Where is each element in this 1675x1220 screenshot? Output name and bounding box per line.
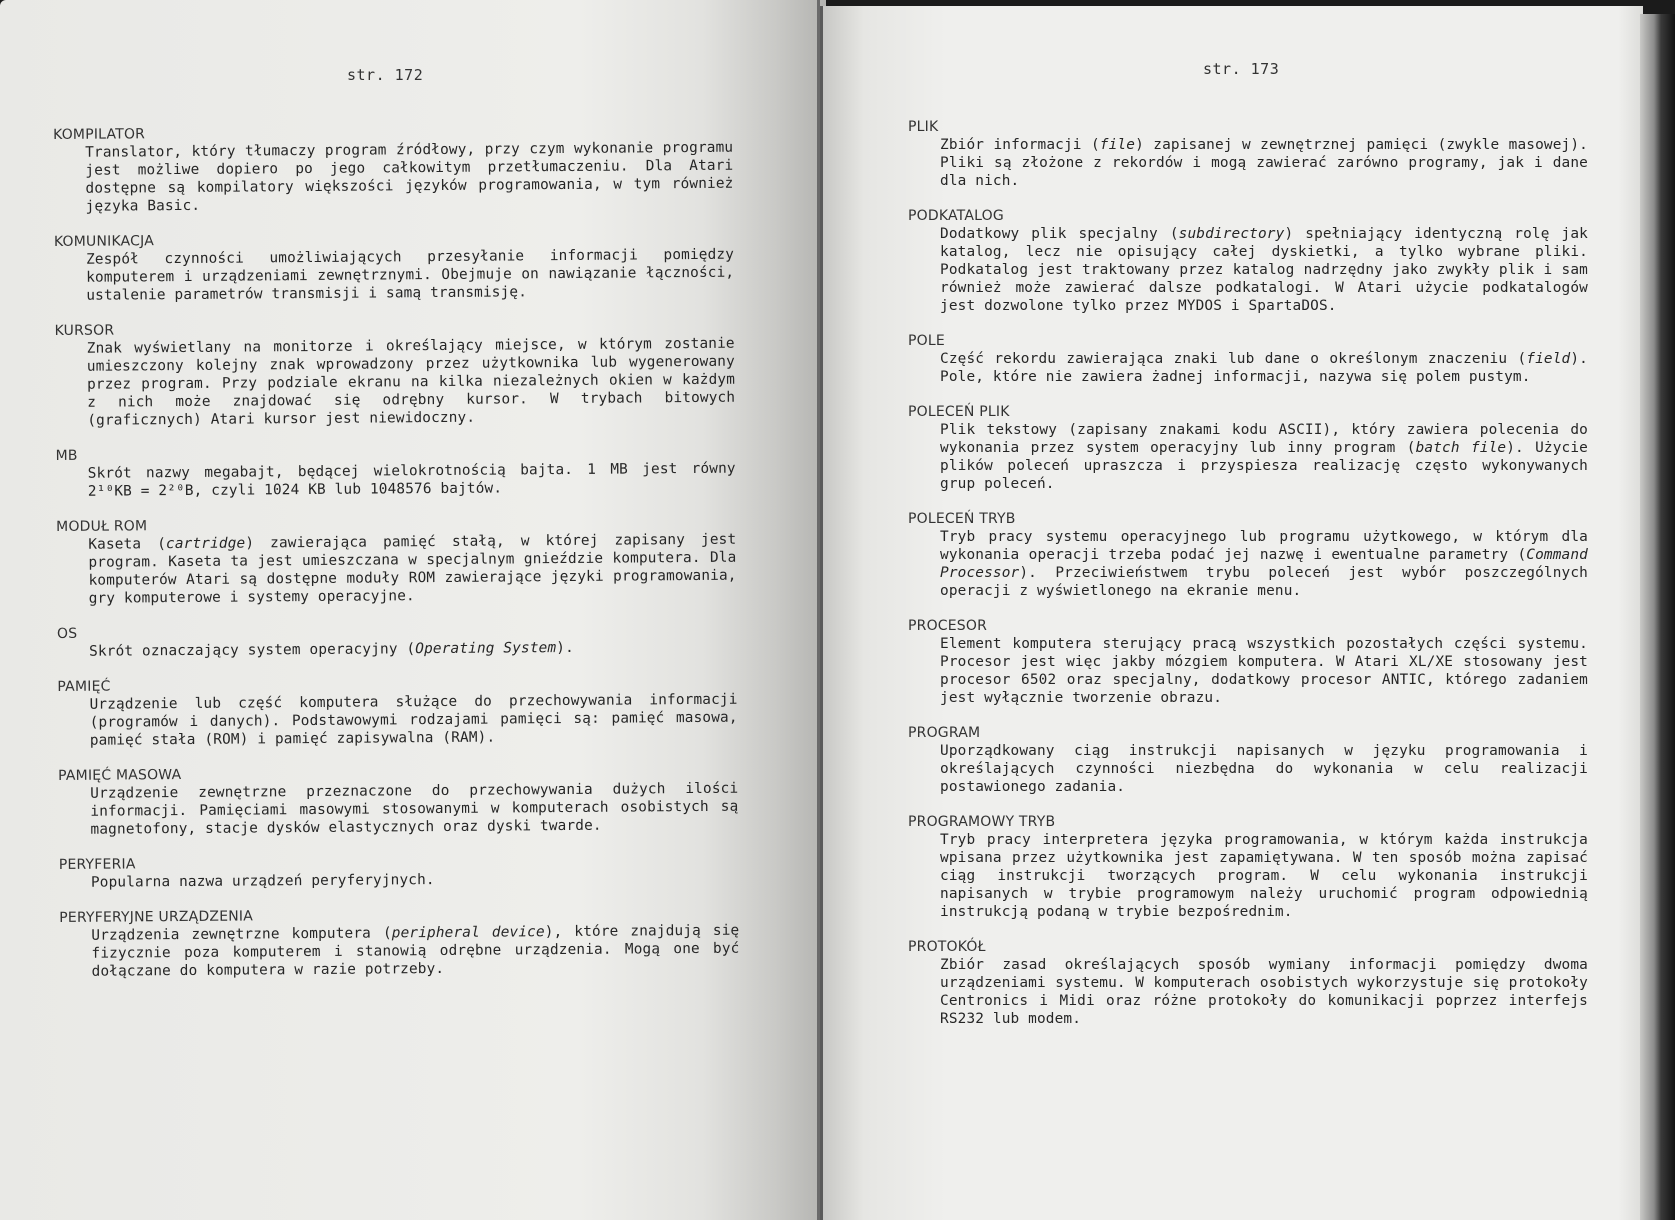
right-page: str. 173 PLIKZbiór informacji (file) zap… <box>820 6 1643 1220</box>
glossary-entry: POLECEŃ TRYBTryb pracy systemu operacyjn… <box>908 510 1588 600</box>
glossary-entry: PROGRAMUporządkowany ciąg instrukcji nap… <box>908 724 1588 796</box>
entry-definition: Element komputera sterujący pracą wszyst… <box>940 635 1588 707</box>
left-page: str. 172 KOMPILATORTranslator, który tłu… <box>0 0 826 1220</box>
glossary-entry: PAMIĘĆUrządzenie lub część komputera słu… <box>57 673 738 750</box>
entry-term: PROGRAMOWY TRYB <box>908 813 1588 831</box>
page-edge-shadow <box>1640 14 1675 1220</box>
open-book-scan: str. 172 KOMPILATORTranslator, który tłu… <box>0 0 1675 1220</box>
entry-definition: Tryb pracy interpretera języka programow… <box>940 831 1588 921</box>
entry-definition: Urządzenie zewnętrzne przeznaczone do pr… <box>90 780 738 839</box>
entry-term: PROTOKÓŁ <box>908 938 1588 956</box>
entry-term: PODKATALOG <box>908 207 1588 225</box>
glossary-entry: POLECzęść rekordu zawierająca znaki lub … <box>908 332 1588 386</box>
glossary-entry: PODKATALOGDodatkowy plik specjalny (subd… <box>908 207 1588 315</box>
glossary-entry: POLECEŃ PLIKPlik tekstowy (zapisany znak… <box>908 403 1588 493</box>
entry-term: PLIK <box>908 118 1588 136</box>
glossary-entry: PERYFERIAPopularna nazwa urządzeń peryfe… <box>59 851 739 892</box>
glossary-entry: PROCESORElement komputera sterujący prac… <box>908 617 1588 707</box>
glossary-entries: KOMPILATORTranslator, który tłumaczy pro… <box>53 121 740 998</box>
entry-definition: Popularna nazwa urządzeń peryferyjnych. <box>91 869 739 892</box>
book-spine <box>817 0 820 1220</box>
entry-term: PROCESOR <box>908 617 1588 635</box>
entry-definition: Plik tekstowy (zapisany znakami kodu ASC… <box>940 421 1588 493</box>
entry-definition: Urządzenia zewnętrzne komputera (periphe… <box>91 922 739 981</box>
entry-definition: Uporządkowany ciąg instrukcji napisanych… <box>940 742 1588 796</box>
entry-definition: Znak wyświetlany na monitorze i określaj… <box>87 335 736 430</box>
entry-definition: Dodatkowy plik specjalny (subdirectory) … <box>940 225 1588 315</box>
entry-definition: Skrót nazwy megabajt, będącej wielokrotn… <box>88 460 736 501</box>
entry-definition: Zbiór informacji (file) zapisanej w zewn… <box>940 136 1588 190</box>
entry-definition: Część rekordu zawierająca znaki lub dane… <box>940 350 1588 386</box>
glossary-entry: KURSORZnak wyświetlany na monitorze i ok… <box>55 317 736 430</box>
entry-definition: Kaseta (cartridge) zawierająca pamięć st… <box>88 531 737 608</box>
glossary-entries: PLIKZbiór informacji (file) zapisanej w … <box>908 118 1588 1045</box>
entry-term: POLE <box>908 332 1588 350</box>
glossary-entry: PROTOKÓŁZbiór zasad określających sposób… <box>908 938 1588 1028</box>
glossary-entry: MBSkrót nazwy megabajt, będącej wielokro… <box>56 442 736 501</box>
glossary-entry: PERYFERYJNE URZĄDZENIAUrządzenia zewnętr… <box>59 904 740 981</box>
entry-term: POLECEŃ PLIK <box>908 403 1588 421</box>
entry-term: POLECEŃ TRYB <box>908 510 1588 528</box>
entry-term: PROGRAM <box>908 724 1588 742</box>
page-number: str. 172 <box>347 66 423 84</box>
glossary-entry: PAMIĘĆ MASOWAUrządzenie zewnętrzne przez… <box>58 762 739 839</box>
glossary-entry: PLIKZbiór informacji (file) zapisanej w … <box>908 118 1588 190</box>
glossary-entry: KOMPILATORTranslator, który tłumaczy pro… <box>53 121 734 216</box>
entry-definition: Translator, który tłumaczy program źródł… <box>85 139 734 216</box>
glossary-entry: KOMUNIKACJAZespół czynności umożliwiając… <box>54 228 735 305</box>
entry-definition: Urządzenie lub część komputera służące d… <box>89 691 737 750</box>
glossary-entry: MODUŁ ROMKaseta (cartridge) zawierająca … <box>56 513 737 608</box>
entry-definition: Skrót oznaczający system operacyjny (Ope… <box>89 638 737 661</box>
page-number: str. 173 <box>1203 60 1279 78</box>
entry-definition: Zbiór zasad określających sposób wymiany… <box>940 956 1588 1028</box>
entry-definition: Tryb pracy systemu operacyjnego lub prog… <box>940 528 1588 600</box>
entry-definition: Zespół czynności umożliwiających przesył… <box>86 246 734 305</box>
glossary-entry: OSSkrót oznaczający system operacyjny (O… <box>57 620 737 661</box>
glossary-entry: PROGRAMOWY TRYBTryb pracy interpretera j… <box>908 813 1588 921</box>
